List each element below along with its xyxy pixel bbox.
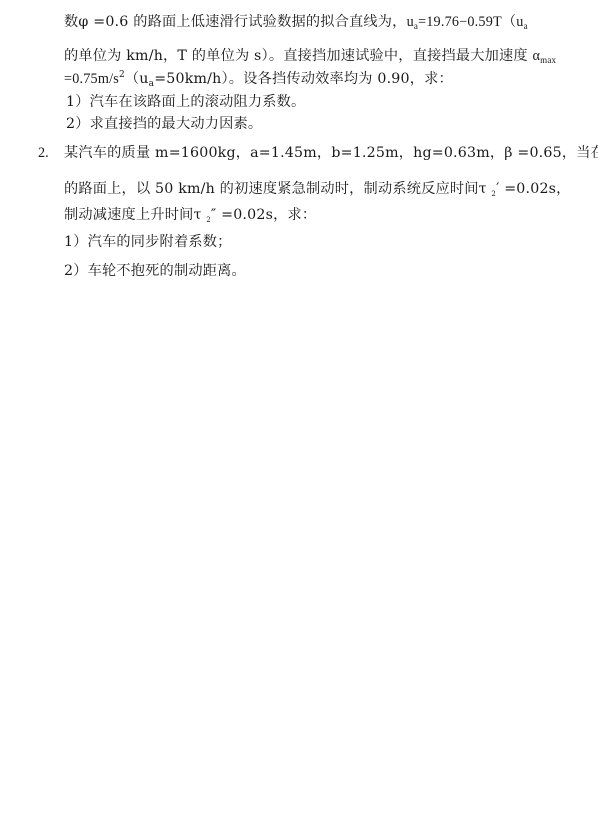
problem1-question-2: 2）求直接挡的最大动力因素。 xyxy=(66,115,262,133)
problem2-line2: 的路面上，以 50 km/h 的初速度紧急制动时，制动系统反应时间τ 2′ =0… xyxy=(64,180,571,198)
problem1-line3: =0.75m/s2（ua=50km/h）。设各挡传动效率均为 0.90，求： xyxy=(64,70,453,88)
reaction-time-value: ′ =0.02s， xyxy=(496,181,570,197)
problem2-line3: 制动减速度上升时间τ 2″ =0.02s，求： xyxy=(64,206,316,224)
problem1-question-1: 1）汽车在该路面上的滚动阻力系数。 xyxy=(66,93,305,111)
problem1-line2: 的单位为 km/h，T 的单位为 s）。直接挡加速试验中，直接挡最大加速度 αm… xyxy=(64,47,556,65)
problem2-question-2: 2）车轮不抱死的制动距离。 xyxy=(64,262,246,280)
problem2-line2-text: 的路面上，以 50 km/h 的初速度紧急制动时，制动系统反应时间τ xyxy=(64,181,491,197)
problem2-number: 2. xyxy=(38,144,49,162)
velocity-symbol: ua xyxy=(407,14,419,30)
problem1-line1-text: 数φ =0.6 的路面上低速滑行试验数据的拟合直线为， xyxy=(64,14,407,30)
fit-equation: =19.76−0.59T（ xyxy=(418,14,516,30)
acceleration-value: =0.75m/s xyxy=(64,71,119,87)
alpha-max-symbol: αmax xyxy=(533,48,557,64)
velocity-symbol-2: ua xyxy=(516,14,528,30)
problem1-line1: 数φ =0.6 的路面上低速滑行试验数据的拟合直线为，ua=19.76−0.59… xyxy=(64,13,528,31)
problem1-line3-suffix: =50km/h）。设各挡传动效率均为 0.90，求： xyxy=(154,71,453,87)
document-page: 数φ =0.6 的路面上低速滑行试验数据的拟合直线为，ua=19.76−0.59… xyxy=(0,0,598,833)
rise-time-value: ″ =0.02s，求： xyxy=(211,207,316,223)
velocity-paren: （u xyxy=(125,71,149,87)
problem2-question-1: 1）汽车的同步附着系数； xyxy=(64,233,232,251)
problem2-line3-text: 制动减速度上升时间τ xyxy=(64,207,206,223)
problem2-line1: 某汽车的质量 m=1600kg，a=1.45m，b=1.25m，hg=0.63m… xyxy=(64,144,598,162)
problem1-line2-text: 的单位为 km/h，T 的单位为 s）。直接挡加速试验中，直接挡最大加速度 xyxy=(64,48,533,64)
